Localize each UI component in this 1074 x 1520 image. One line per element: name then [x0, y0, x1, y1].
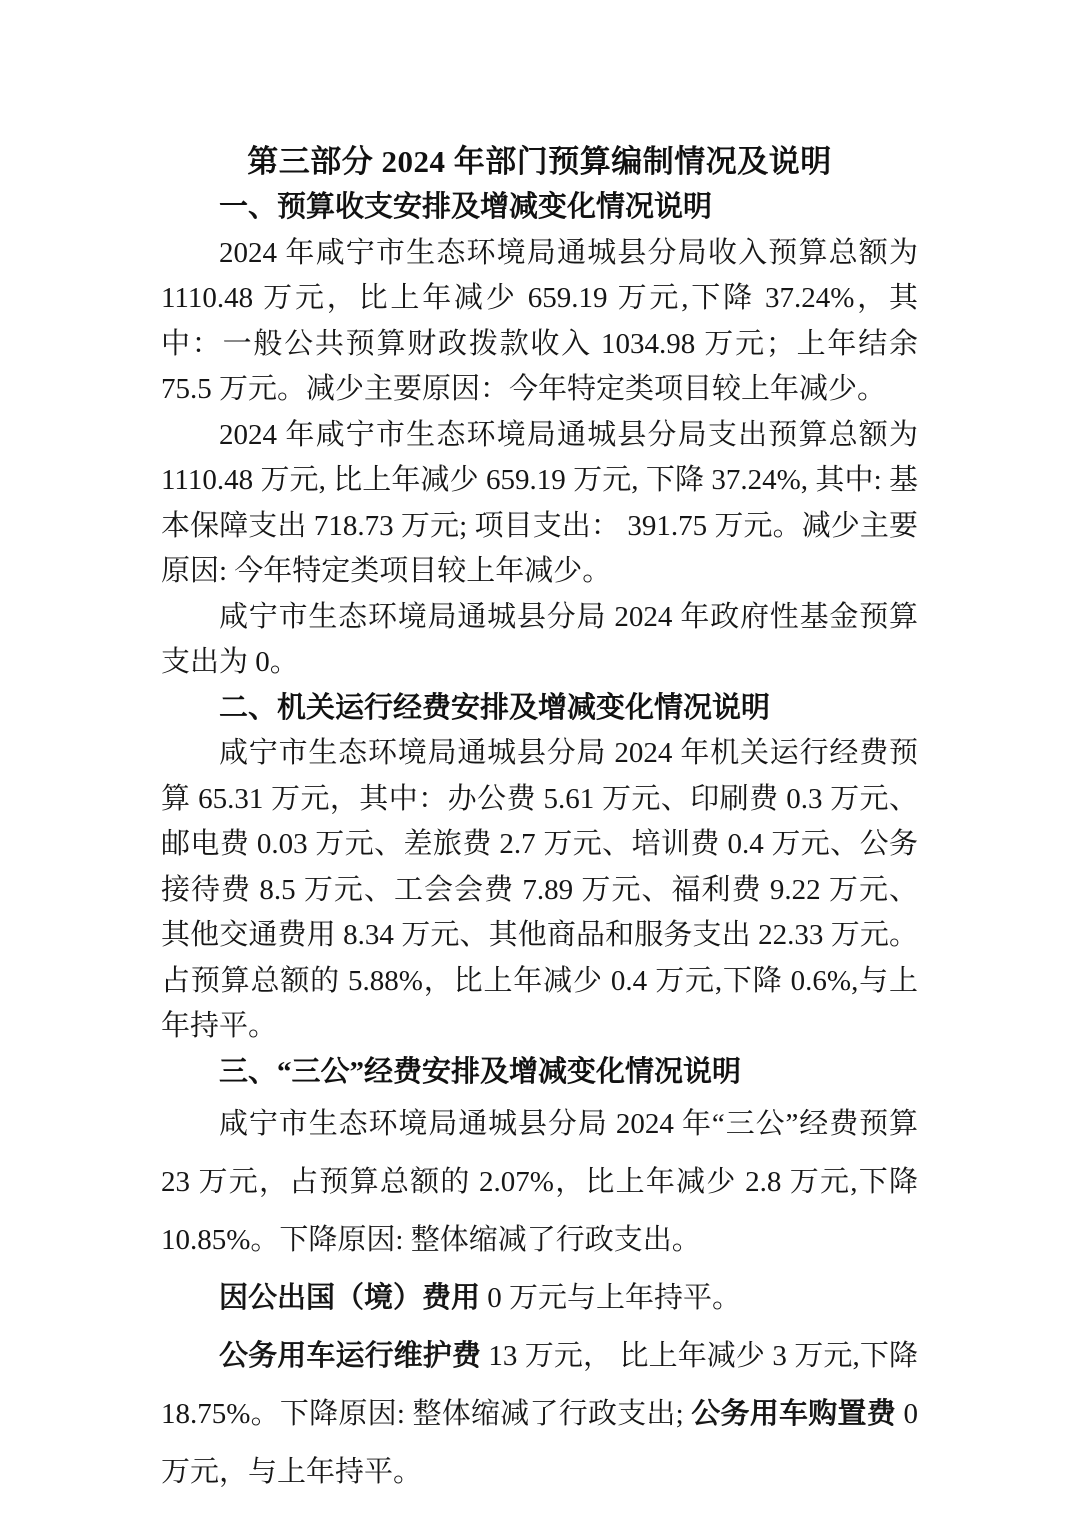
section2-heading: 二、机关运行经费安排及增减变化情况说明	[161, 686, 918, 732]
document-page: 第三部分 2024 年部门预算编制情况及说明 一、预算收支安排及增减变化情况说明…	[0, 0, 1074, 1520]
section2-paragraph-operating-expenses: 咸宁市生态环境局通城县分局 2024 年机关运行经费预算 65.31 万元，其中…	[161, 731, 918, 1050]
section1-paragraph-revenue: 2024 年咸宁市生态环境局通城县分局收入预算总额为 1110.48 万元，比上…	[161, 231, 918, 413]
overseas-travel-label: 因公出国（境）费用	[219, 1282, 480, 1314]
section1-paragraph-expenditure: 2024 年咸宁市生态环境局通城县分局支出预算总额为 1110.48 万元, 比…	[161, 413, 918, 595]
vehicle-purchase-label: 公务用车购置费	[691, 1398, 896, 1430]
document-title: 第三部分 2024 年部门预算编制情况及说明	[161, 138, 918, 185]
overseas-travel-text: 0 万元与上年持平。	[480, 1282, 741, 1314]
section3-paragraph-overseas-travel: 因公出国（境）费用 0 万元与上年持平。	[161, 1269, 918, 1327]
vehicle-maintenance-label: 公务用车运行维护费	[219, 1340, 481, 1372]
section3-paragraph-official-vehicles: 公务用车运行维护费 13 万元， 比上年减少 3 万元,下降 18.75%。下降…	[161, 1327, 918, 1501]
section1-heading: 一、预算收支安排及增减变化情况说明	[161, 185, 918, 231]
section3-heading: 三、“三公”经费安排及增减变化情况说明	[161, 1050, 918, 1096]
section1-paragraph-government-fund: 咸宁市生态环境局通城县分局 2024 年政府性基金预算支出为 0。	[161, 595, 918, 686]
section3-paragraph-three-public-funds: 咸宁市生态环境局通城县分局 2024 年“三公”经费预算 23 万元，占预算总额…	[161, 1095, 918, 1269]
document-content: 第三部分 2024 年部门预算编制情况及说明 一、预算收支安排及增减变化情况说明…	[161, 138, 918, 1501]
